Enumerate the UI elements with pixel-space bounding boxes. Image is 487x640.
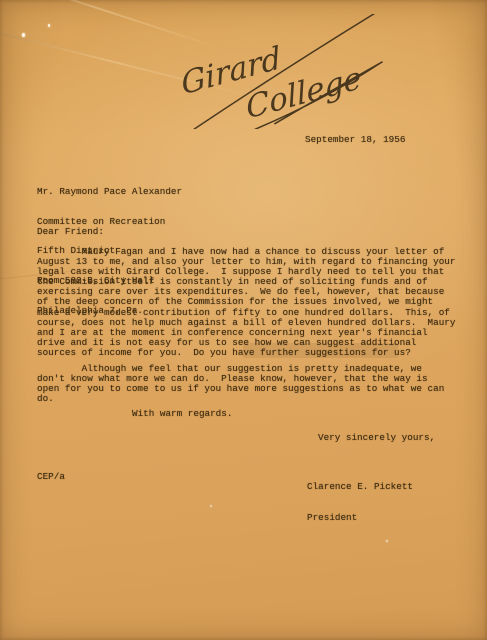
- closing-line: Very sincerely yours,: [318, 433, 435, 443]
- body-paragraph-2: Although we feel that our suggestion is …: [37, 364, 473, 404]
- paper-speck: [210, 505, 212, 507]
- signature-block: Clarence E. Pickett President: [307, 462, 413, 544]
- signature-title: President: [307, 513, 413, 523]
- paper-speck: [48, 24, 50, 27]
- regards-line: With warm regards.: [132, 409, 232, 419]
- letter-document: Girard College September 18, 1956 Mr. Ra…: [0, 0, 487, 640]
- body-paragraph-1: Maury Fagan and I have now had a chance …: [37, 247, 473, 358]
- reference-initials: CEP/a: [37, 472, 65, 482]
- signature-name: Clarence E. Pickett: [307, 482, 413, 492]
- paper-speck: [22, 33, 25, 37]
- letter-date: September 18, 1956: [305, 135, 405, 145]
- recipient-organization: Committee on Recreation: [37, 217, 182, 227]
- recipient-name: Mr. Raymond Pace Alexander: [37, 187, 182, 197]
- handwritten-annotation: Girard College: [170, 14, 410, 129]
- salutation: Dear Friend:: [37, 227, 104, 237]
